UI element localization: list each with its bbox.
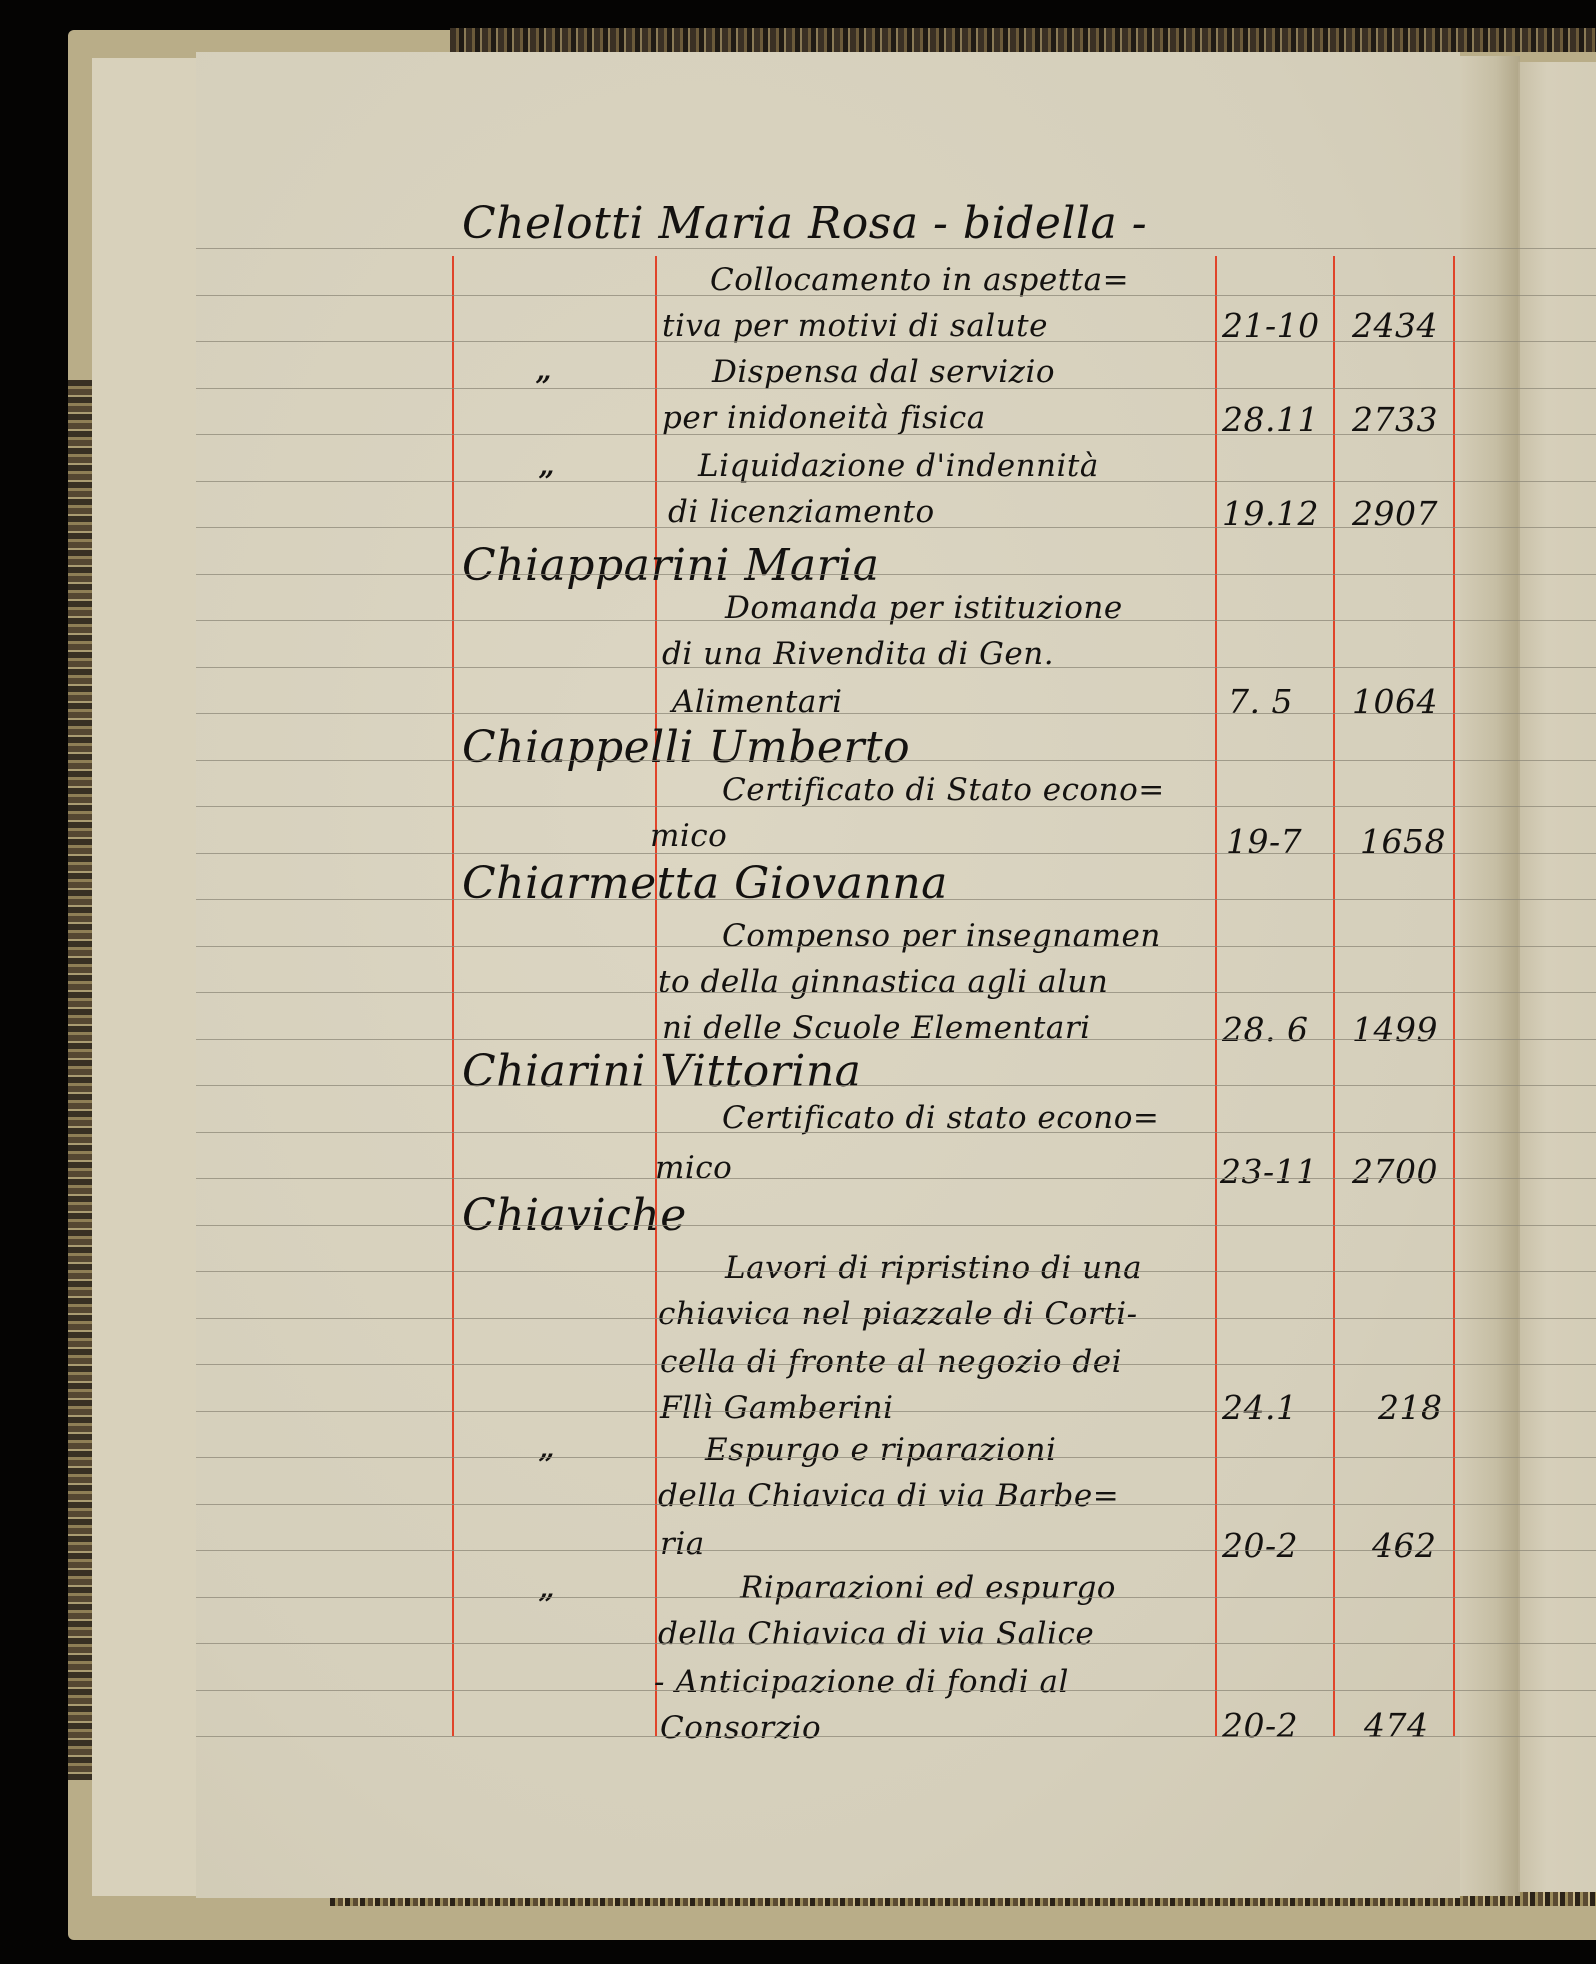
- ruling-line: [196, 527, 1596, 528]
- ruling-line: [196, 1085, 1596, 1086]
- column-line-description: [655, 256, 657, 1736]
- page-edge: [140, 58, 157, 1896]
- ruling-line: [196, 992, 1596, 993]
- ruling-line: [196, 295, 1596, 296]
- ruling-line: [196, 1736, 1596, 1737]
- ruling-line: [196, 760, 1596, 761]
- page-edge: [92, 58, 123, 1896]
- entry-date: 20-2: [1222, 1526, 1298, 1565]
- ruling-line: [196, 667, 1596, 668]
- page-edge: [170, 58, 185, 1896]
- entry-date: 21-10: [1222, 306, 1320, 345]
- ruling-line: [196, 1457, 1596, 1458]
- entry-description-line: mico: [655, 1150, 732, 1186]
- ruling-line: [196, 434, 1596, 435]
- entry-description-line: - Anticipazione di fondi al: [654, 1664, 1069, 1700]
- ruling-line: [196, 620, 1596, 621]
- page-edge: [156, 58, 171, 1896]
- ruling-line: [196, 1132, 1596, 1133]
- ruling-line: [196, 1550, 1596, 1551]
- entry-description-line: Lavori di ripristino di una: [725, 1250, 1142, 1286]
- ruling-line: [196, 806, 1596, 807]
- ruling-line: [196, 481, 1596, 482]
- entry-description-line: ni delle Scuole Elementari: [662, 1010, 1091, 1046]
- entry-number: 2700: [1352, 1152, 1438, 1191]
- entry-date: 19-7: [1226, 822, 1302, 861]
- entry-name: Chiarmetta Giovanna: [462, 858, 948, 909]
- ditto-mark: ”: [535, 370, 552, 403]
- ruling-line: [196, 574, 1596, 575]
- marbled-cover-edge-left: [68, 380, 92, 1780]
- entry-description-line: per inidoneità fisica: [662, 400, 986, 436]
- entry-date: 24.1: [1222, 1388, 1297, 1427]
- ruling-line: [196, 1504, 1596, 1505]
- entry-description-line: Fllì Gamberini: [660, 1390, 894, 1426]
- column-line-date: [1215, 256, 1217, 1736]
- ruling-line: [196, 1411, 1596, 1412]
- entry-description-line: Riparazioni ed espurgo: [740, 1570, 1116, 1606]
- facing-page: [1518, 62, 1596, 1892]
- ruling-line: [196, 1271, 1596, 1272]
- ditto-mark: ”: [538, 465, 555, 498]
- column-line-right-margin: [1453, 256, 1455, 1736]
- entry-description-line: Liquidazione d'indennità: [698, 448, 1099, 484]
- entry-number: 1064: [1352, 682, 1438, 721]
- entry-date: 28. 6: [1222, 1010, 1308, 1049]
- entry-name: Chiapparini Maria: [462, 540, 880, 591]
- ruling-line: [196, 1643, 1596, 1644]
- ruling-line: [196, 248, 1596, 249]
- ruling-line: [196, 1039, 1596, 1040]
- column-line-number: [1333, 256, 1335, 1736]
- ditto-mark: ”: [538, 1448, 555, 1481]
- entry-description-line: tiva per motivi di salute: [662, 308, 1048, 344]
- ruling-line: [196, 853, 1596, 854]
- entry-number: 1499: [1352, 1010, 1438, 1049]
- ruling-line: [196, 1364, 1596, 1365]
- entry-description-line: chiavica nel piazzale di Corti-: [658, 1296, 1138, 1332]
- entry-description-line: Dispensa dal servizio: [712, 354, 1055, 390]
- entry-number: 462: [1372, 1526, 1437, 1565]
- ruling-line: [196, 1690, 1596, 1691]
- entry-description-line: di licenziamento: [668, 494, 935, 530]
- entry-description-line: ria: [660, 1526, 705, 1562]
- entry-description-line: Collocamento in aspetta=: [710, 262, 1129, 298]
- entry-date: 23-11: [1220, 1152, 1318, 1191]
- entry-name: Chelotti Maria Rosa - bidella -: [462, 198, 1147, 249]
- ruling-line: [196, 1318, 1596, 1319]
- entry-description-line: Certificato di Stato econo=: [722, 772, 1165, 808]
- entry-description-line: Consorzio: [660, 1710, 821, 1746]
- book-gutter: [1460, 56, 1520, 1896]
- marbled-cover-edge-top: [450, 28, 1596, 52]
- entry-number: 2434: [1352, 306, 1438, 345]
- entry-name: Chiarini Vittorina: [462, 1046, 861, 1097]
- entry-date: 20-2: [1222, 1706, 1298, 1745]
- entry-description-line: Alimentari: [672, 684, 843, 720]
- entry-description-line: cella di fronte al negozio dei: [660, 1344, 1122, 1380]
- ruling-line: [196, 899, 1596, 900]
- ruling-line: [196, 388, 1596, 389]
- entry-date: 7. 5: [1228, 682, 1293, 721]
- entry-description-line: della Chiavica di via Salice: [658, 1616, 1094, 1652]
- entry-description-line: to della ginnastica agli alun: [658, 964, 1108, 1000]
- entry-description-line: Espurgo e riparazioni: [705, 1432, 1056, 1468]
- ruling-line: [196, 946, 1596, 947]
- entry-name: Chiappelli Umberto: [462, 722, 910, 773]
- entry-description-line: mico: [650, 818, 727, 854]
- ruling-line: [196, 713, 1596, 714]
- ditto-mark: ”: [538, 1588, 555, 1621]
- ruling-line: [196, 1597, 1596, 1598]
- column-line-left-margin: [452, 256, 454, 1736]
- entry-description-line: della Chiavica di via Barbe=: [658, 1478, 1119, 1514]
- entry-description-line: Compenso per insegnamen: [722, 918, 1161, 954]
- ruling-line: [196, 1225, 1596, 1226]
- page-edge: [122, 58, 141, 1896]
- entry-number: 474: [1364, 1706, 1429, 1745]
- ruling-line: [196, 341, 1596, 342]
- entry-name: Chiaviche: [462, 1190, 687, 1241]
- entry-number: 1658: [1360, 822, 1446, 861]
- entry-number: 218: [1378, 1388, 1443, 1427]
- ruling-line: [196, 1178, 1596, 1179]
